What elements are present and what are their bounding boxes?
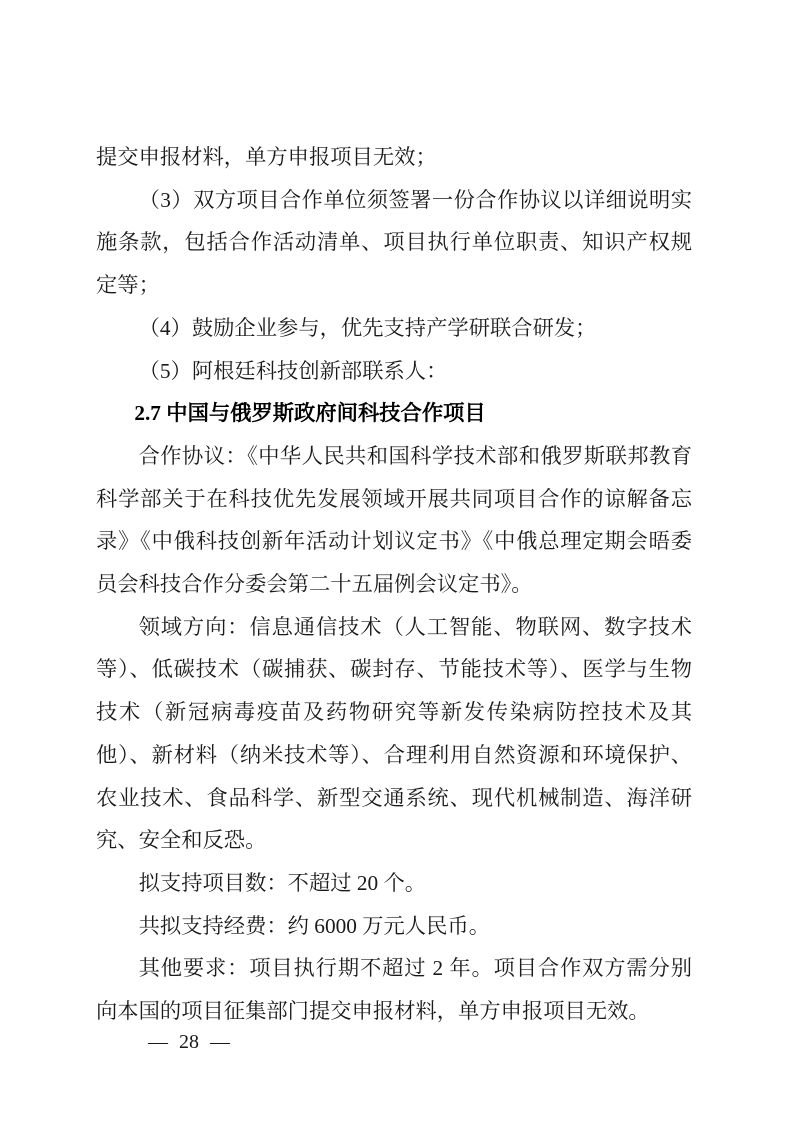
paragraph-submission-invalid-continuation: 提交申报材料，单方申报项目无效； <box>96 136 692 179</box>
paragraph-field-directions: 领域方向：信息通信技术（人工智能、物联网、数字技术等）、低碳技术（碳捕获、碳封存… <box>96 606 692 862</box>
paragraph-item-3-cooperation-agreement: （3）双方项目合作单位须签署一份合作协议以详细说明实施条款，包括合作活动清单、项… <box>96 179 692 307</box>
footer-dash-left: — <box>148 1031 168 1053</box>
paragraph-item-5-argentina-contact: （5）阿根廷科技创新部联系人： <box>96 350 692 393</box>
footer-dash-right: — <box>210 1031 230 1053</box>
page-content: 提交申报材料，单方申报项目无效； （3）双方项目合作单位须签署一份合作协议以详细… <box>96 136 692 1033</box>
page-number: 28 <box>179 1031 199 1053</box>
paragraph-total-funding: 共拟支持经费：约 6000 万元人民币。 <box>96 905 692 948</box>
paragraph-item-4-enterprise-participation: （4）鼓励企业参与，优先支持产学研联合研发； <box>96 307 692 350</box>
page-footer: —28— <box>128 1003 230 1081</box>
section-heading-2-7-china-russia-cooperation: 2.7 中国与俄罗斯政府间科技合作项目 <box>96 392 692 435</box>
document-page: 提交申报材料，单方申报项目无效； （3）双方项目合作单位须签署一份合作协议以详细… <box>0 0 794 1123</box>
paragraph-cooperation-agreements: 合作协议：《中华人民共和国科学技术部和俄罗斯联邦教育科学部关于在科技优先发展领域… <box>96 435 692 606</box>
paragraph-planned-project-count: 拟支持项目数：不超过 20 个。 <box>96 862 692 905</box>
